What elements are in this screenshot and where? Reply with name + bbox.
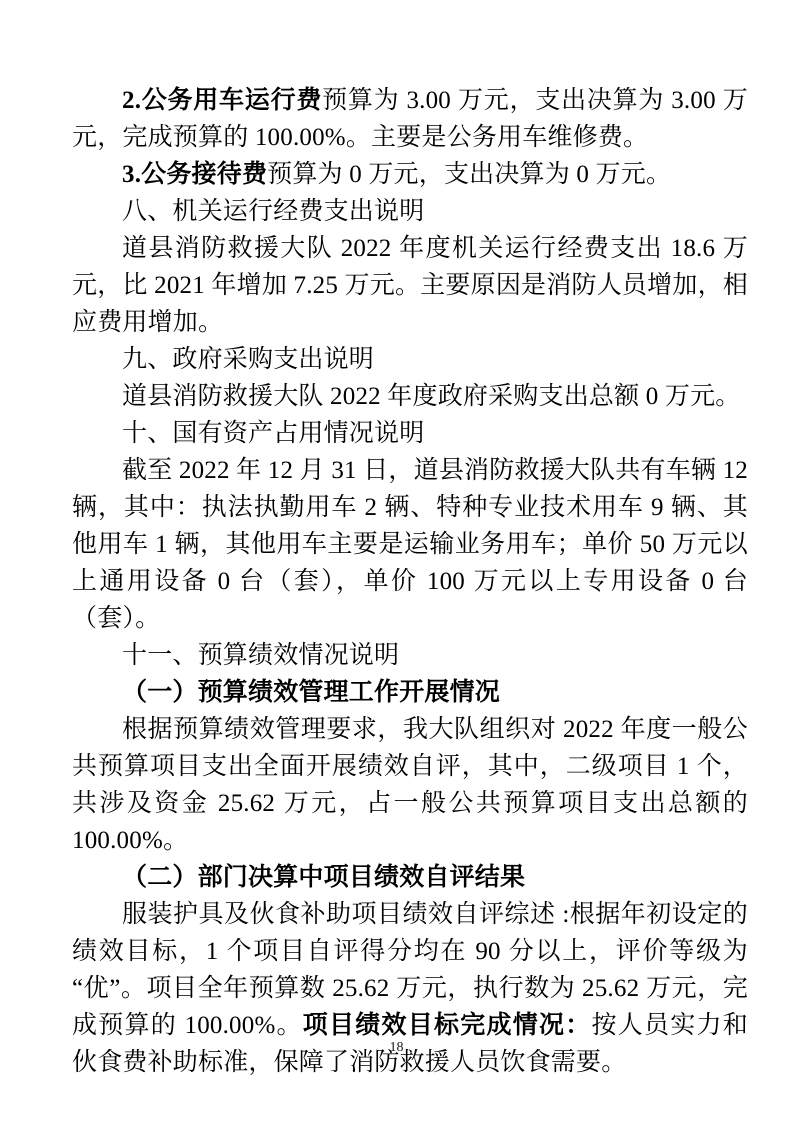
document-body: 2.公务用车运行费预算为 3.00 万元，支出决算为 3.00 万元，完成预算的… (72, 82, 748, 1081)
para-official-reception-cost: 3.公务接待费预算为 0 万元，支出决算为 0 万元。 (72, 156, 748, 193)
document-page: 2.公务用车运行费预算为 3.00 万元，支出决算为 3.00 万元，完成预算的… (0, 0, 793, 1122)
text-run: 根据预算绩效管理要求，我大队组织对 2022 年度一般公共预算项目支出全面开展绩… (72, 716, 748, 854)
text-run: 八、机关运行经费支出说明 (122, 198, 424, 225)
text-run: 十、国有资产占用情况说明 (122, 420, 424, 447)
subheading-2-project-self-evaluation: （二）部门决算中项目绩效自评结果 (72, 859, 748, 896)
text-run: 2.公务用车运行费 (122, 87, 322, 114)
heading-section-11-budget-performance: 十一、预算绩效情况说明 (72, 637, 748, 674)
heading-section-9-government-procurement: 九、政府采购支出说明 (72, 341, 748, 378)
text-run: （一）预算绩效管理工作开展情况 (122, 679, 500, 706)
text-run: 预算为 0 万元，支出决算为 0 万元。 (267, 161, 671, 188)
para-government-procurement: 道县消防救援大队 2022 年度政府采购支出总额 0 万元。 (72, 378, 748, 415)
page-footer: 18 (0, 1038, 793, 1056)
subheading-1-performance-management: （一）预算绩效管理工作开展情况 (72, 674, 748, 711)
text-run: 截至 2022 年 12 月 31 日，道县消防救援大队共有车辆 12 辆，其中… (72, 457, 748, 632)
para-agency-operating-expense: 道县消防救援大队 2022 年度机关运行经费支出 18.6 万元，比 2021 … (72, 230, 748, 341)
page-number: 18 (390, 1040, 404, 1055)
heading-section-8-agency-operating-expense: 八、机关运行经费支出说明 (72, 193, 748, 230)
text-run: 3.公务接待费 (122, 161, 267, 188)
text-run: 九、政府采购支出说明 (122, 346, 374, 373)
para-official-vehicle-operating-cost: 2.公务用车运行费预算为 3.00 万元，支出决算为 3.00 万元，完成预算的… (72, 82, 748, 156)
para-state-assets: 截至 2022 年 12 月 31 日，道县消防救援大队共有车辆 12 辆，其中… (72, 452, 748, 637)
para-performance-management: 根据预算绩效管理要求，我大队组织对 2022 年度一般公共预算项目支出全面开展绩… (72, 711, 748, 859)
heading-section-10-state-assets: 十、国有资产占用情况说明 (72, 415, 748, 452)
text-run: 道县消防救援大队 2022 年度政府采购支出总额 0 万元。 (122, 383, 741, 410)
text-run: 十一、预算绩效情况说明 (122, 642, 399, 669)
text-run: （二）部门决算中项目绩效自评结果 (122, 864, 525, 891)
text-run: 道县消防救援大队 2022 年度机关运行经费支出 18.6 万元，比 2021 … (72, 235, 748, 336)
text-run: 项目绩效目标完成情况： (303, 1012, 592, 1039)
